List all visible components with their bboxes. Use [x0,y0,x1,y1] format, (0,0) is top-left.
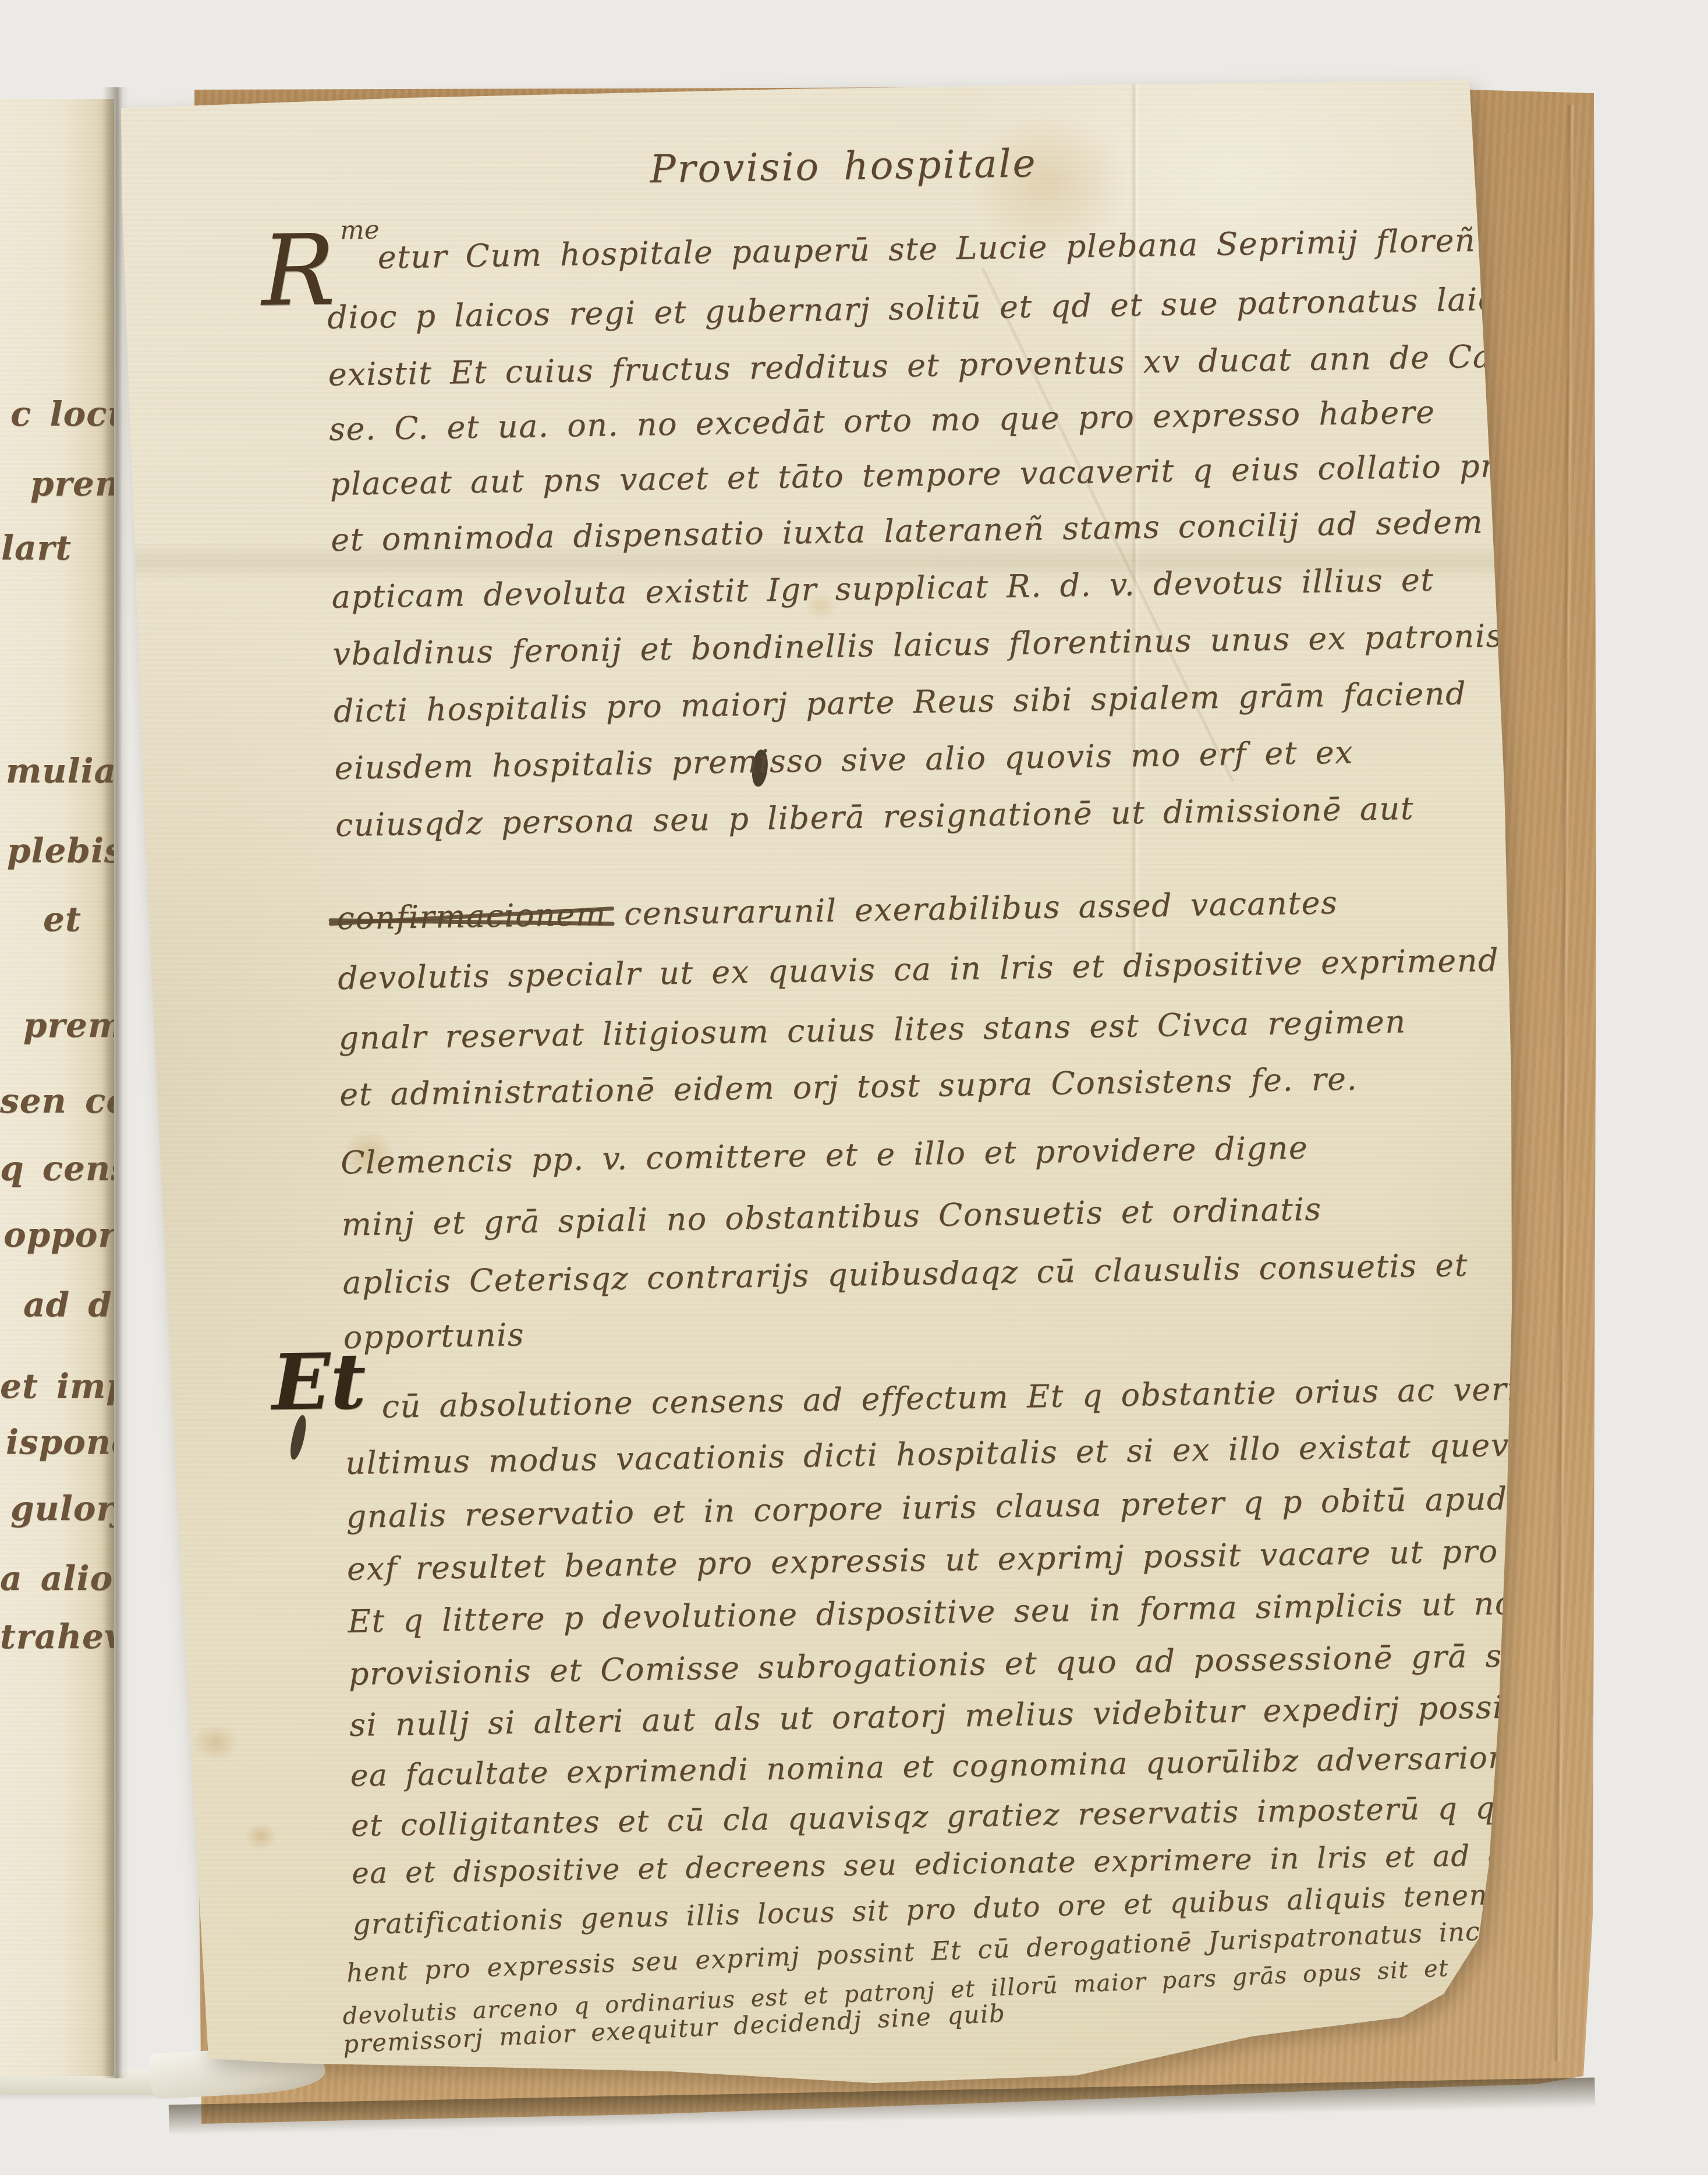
handwriting-layer: Provisio hospitale R me Et etur Cum hosp… [0,0,1708,2175]
manuscript-line: confirmacionem censurarunil exerabilibus… [336,887,1338,934]
manuscript-line: dicti hospitalis pro maiorj parte Reus s… [333,678,1466,727]
manuscript-line: eiusdem hospitalis premisso sive alio qu… [334,736,1353,784]
manuscript-line: minj et grā spiali no obstantibus Consue… [341,1193,1321,1240]
manuscript-line: dioc p laicos regi et gubernarj solitū e… [327,283,1554,334]
manuscript-line: se. C. et ua. on. no excedāt orto mo que… [329,396,1436,445]
manuscript-line: ultimus modus vacationis dicti hospitali… [345,1429,1537,1479]
manuscript-line: opportunis [343,1319,525,1354]
opening-initial-R: R [261,231,336,310]
page-title: Provisio hospitale [650,141,1037,192]
manuscript-line: aplicis Ceterisqz contrarijs quibusdaqz … [342,1249,1468,1298]
manuscript-line: gnalis reservatio et in corpore iuris cl… [346,1482,1603,1533]
manuscript-line: si nullj si alteri aut als ut oratorj me… [349,1689,1628,1741]
manuscript-line: devolutis specialr ut ex quavis ca in lr… [338,945,1500,994]
manuscript-page: Provisio hospitale R me Et etur Cum hosp… [0,0,1708,2175]
manuscript-line: placeat aut pns vacet et tāto tempore va… [329,449,1593,500]
opening-initial-superscript: me [340,215,380,246]
manuscript-line: Et q littere p devolutione dispositive s… [348,1587,1553,1638]
manuscript-line: etur Cum hospitale pauperū ste Lucie ple… [377,225,1476,274]
main-page-wrapper: Provisio hospitale R me Et etur Cum hosp… [0,0,1708,2175]
manuscript-line: et colligitantes et cū cla quavisqz grat… [351,1792,1581,1841]
manuscript-line: apticam devoluta existit Igr supplicat R… [331,564,1434,613]
paragraph-initial-Et: Et [271,1351,366,1414]
struck-word: confirmacionem [336,899,607,934]
manuscript-line: cū absolutione censens ad effectum Et q … [381,1372,1607,1423]
manuscript-line: exf resultet beante pro expressis ut exp… [347,1534,1606,1585]
manuscript-line: cuiusqdz persona seu p liberā resignatio… [335,793,1415,841]
manuscript-line: provisionis et Comisse subrogationis et … [348,1638,1633,1690]
manuscript-line: Clemencis pp. v. comittere et e illo et … [341,1132,1309,1179]
manuscript-line: et omnimoda dispensatio iuxta lateraneñ … [331,506,1484,556]
manuscript-line: ea facultate exprimendi nomina et cognom… [350,1742,1524,1791]
manuscript-line: et administrationē eidem orj tost supra … [339,1063,1358,1110]
manuscript-line: gnalr reservat litigiosum cuius lites st… [338,1006,1406,1054]
manuscript-line: vbaldinus feronij et bondinellis laicus … [332,620,1503,670]
manuscript-line: existit Et cuius fructus redditus et pro… [328,339,1578,391]
